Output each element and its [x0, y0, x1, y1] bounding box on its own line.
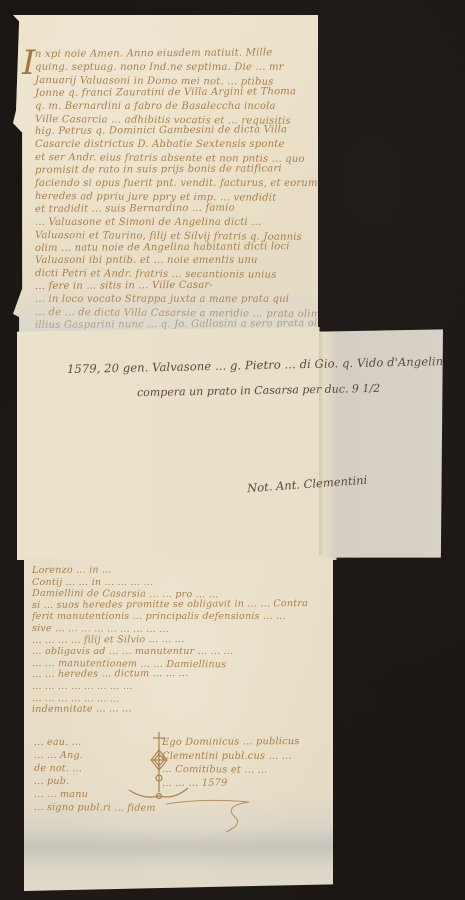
manuscript-line: quing. septuag. nono Ind.ne septima. Die…	[35, 63, 284, 73]
decorated-initial: I	[22, 46, 35, 80]
signature-flourish-icon	[164, 796, 254, 836]
manuscript-line: Casarcie districtus D. Abbatie Sextensis…	[35, 140, 285, 150]
top-manuscript-text: n xpi noie Amen. Anno eiusdem natiuit. M…	[35, 50, 313, 335]
subscription-line: ... ... Ang.	[34, 751, 83, 761]
manuscript-line: ... in loco vocato Strappa juxta a mane …	[35, 295, 289, 305]
manuscript-line: indemnitate ... ... ...	[32, 704, 132, 714]
manuscript-line: ferit manutentionis ... principalis defe…	[32, 612, 286, 622]
manuscript-line: ... obligavis ad ... ... manutentur ... …	[32, 647, 233, 657]
subscription-line: ... ... manu	[34, 790, 88, 800]
manuscript-line: Valuasoni ibi pntib. et ... noie ementis…	[35, 256, 258, 266]
manuscript-line: ... ... ... ... ... ... ...	[32, 694, 120, 704]
subscription-line: de not. ...	[34, 764, 82, 774]
manuscript-line: ... Valuasone et Simoni de Angelina dict…	[35, 218, 261, 228]
manuscript-line: sive ... ... ... ... ... ... ... ... ...	[32, 624, 169, 635]
manuscript-line: et tradidit ... suis Bernardino ... fami…	[35, 203, 235, 214]
manuscript-line: ... ... ... ... filij et Silvio ... ... …	[32, 635, 184, 646]
manuscript-line: ... fere in ... sitis in ... Ville Casar…	[35, 281, 213, 292]
bottom-manuscript-text: Lorenzo ... in ... Contij ... ... in ...…	[32, 566, 328, 716]
manuscript-line: hig. Petrus q. Dominici Gambesini de dic…	[35, 126, 287, 138]
manuscript-line: Contij ... ... in ... ... ... ...	[32, 578, 153, 588]
manuscript-line: promisit de rato in suis prijs bonis de …	[35, 164, 282, 176]
manuscript-line: n xpi noie Amen. Anno eiusdem natiuit. M…	[35, 48, 272, 60]
manuscript-line: Jonne q. franci Zauratini de Villa Argin…	[35, 87, 296, 99]
top-parchment-sheet: I n xpi noie Amen. Anno eiusdem natiuit.…	[13, 15, 318, 333]
manuscript-line: ... ... ... ... ... ... ... ...	[32, 682, 133, 692]
note-signature: Not. Ant. Clementini	[247, 473, 368, 495]
paper-note-sheet: 1579, 20 gen. Valvasone ... g. Pietro ..…	[17, 327, 443, 560]
manuscript-line: olim ... natu noie de Angelina habitanti…	[35, 242, 290, 254]
note-line-2: compera un prato in Casarsa per duc. 9 1…	[137, 382, 380, 399]
manuscript-line: si ... suos heredes promitte se obligavi…	[32, 599, 308, 611]
manuscript-line: Lorenzo ... in ...	[32, 565, 112, 575]
manuscript-line: heredes ad ppriu jure ppry et imp. ... v…	[35, 192, 276, 204]
subscription-line: ... eau. ...	[34, 738, 82, 748]
manuscript-line: ... de ... de dicta Villa Casarsie a mer…	[35, 308, 320, 320]
manuscript-line: ... ... heredes ... dictum ... ... ...	[32, 669, 188, 680]
note-line-1: 1579, 20 gen. Valvasone ... g. Pietro ..…	[67, 354, 450, 376]
subscription-line: ... pub.	[34, 777, 69, 787]
manuscript-line: q. m. Bernardini a fabro de Basaleccha i…	[35, 102, 276, 112]
bottom-parchment-sheet: Lorenzo ... in ... Contij ... ... in ...…	[24, 558, 333, 891]
manuscript-line: faciendo si opus fuerit pnt. vendit. fac…	[35, 179, 318, 189]
